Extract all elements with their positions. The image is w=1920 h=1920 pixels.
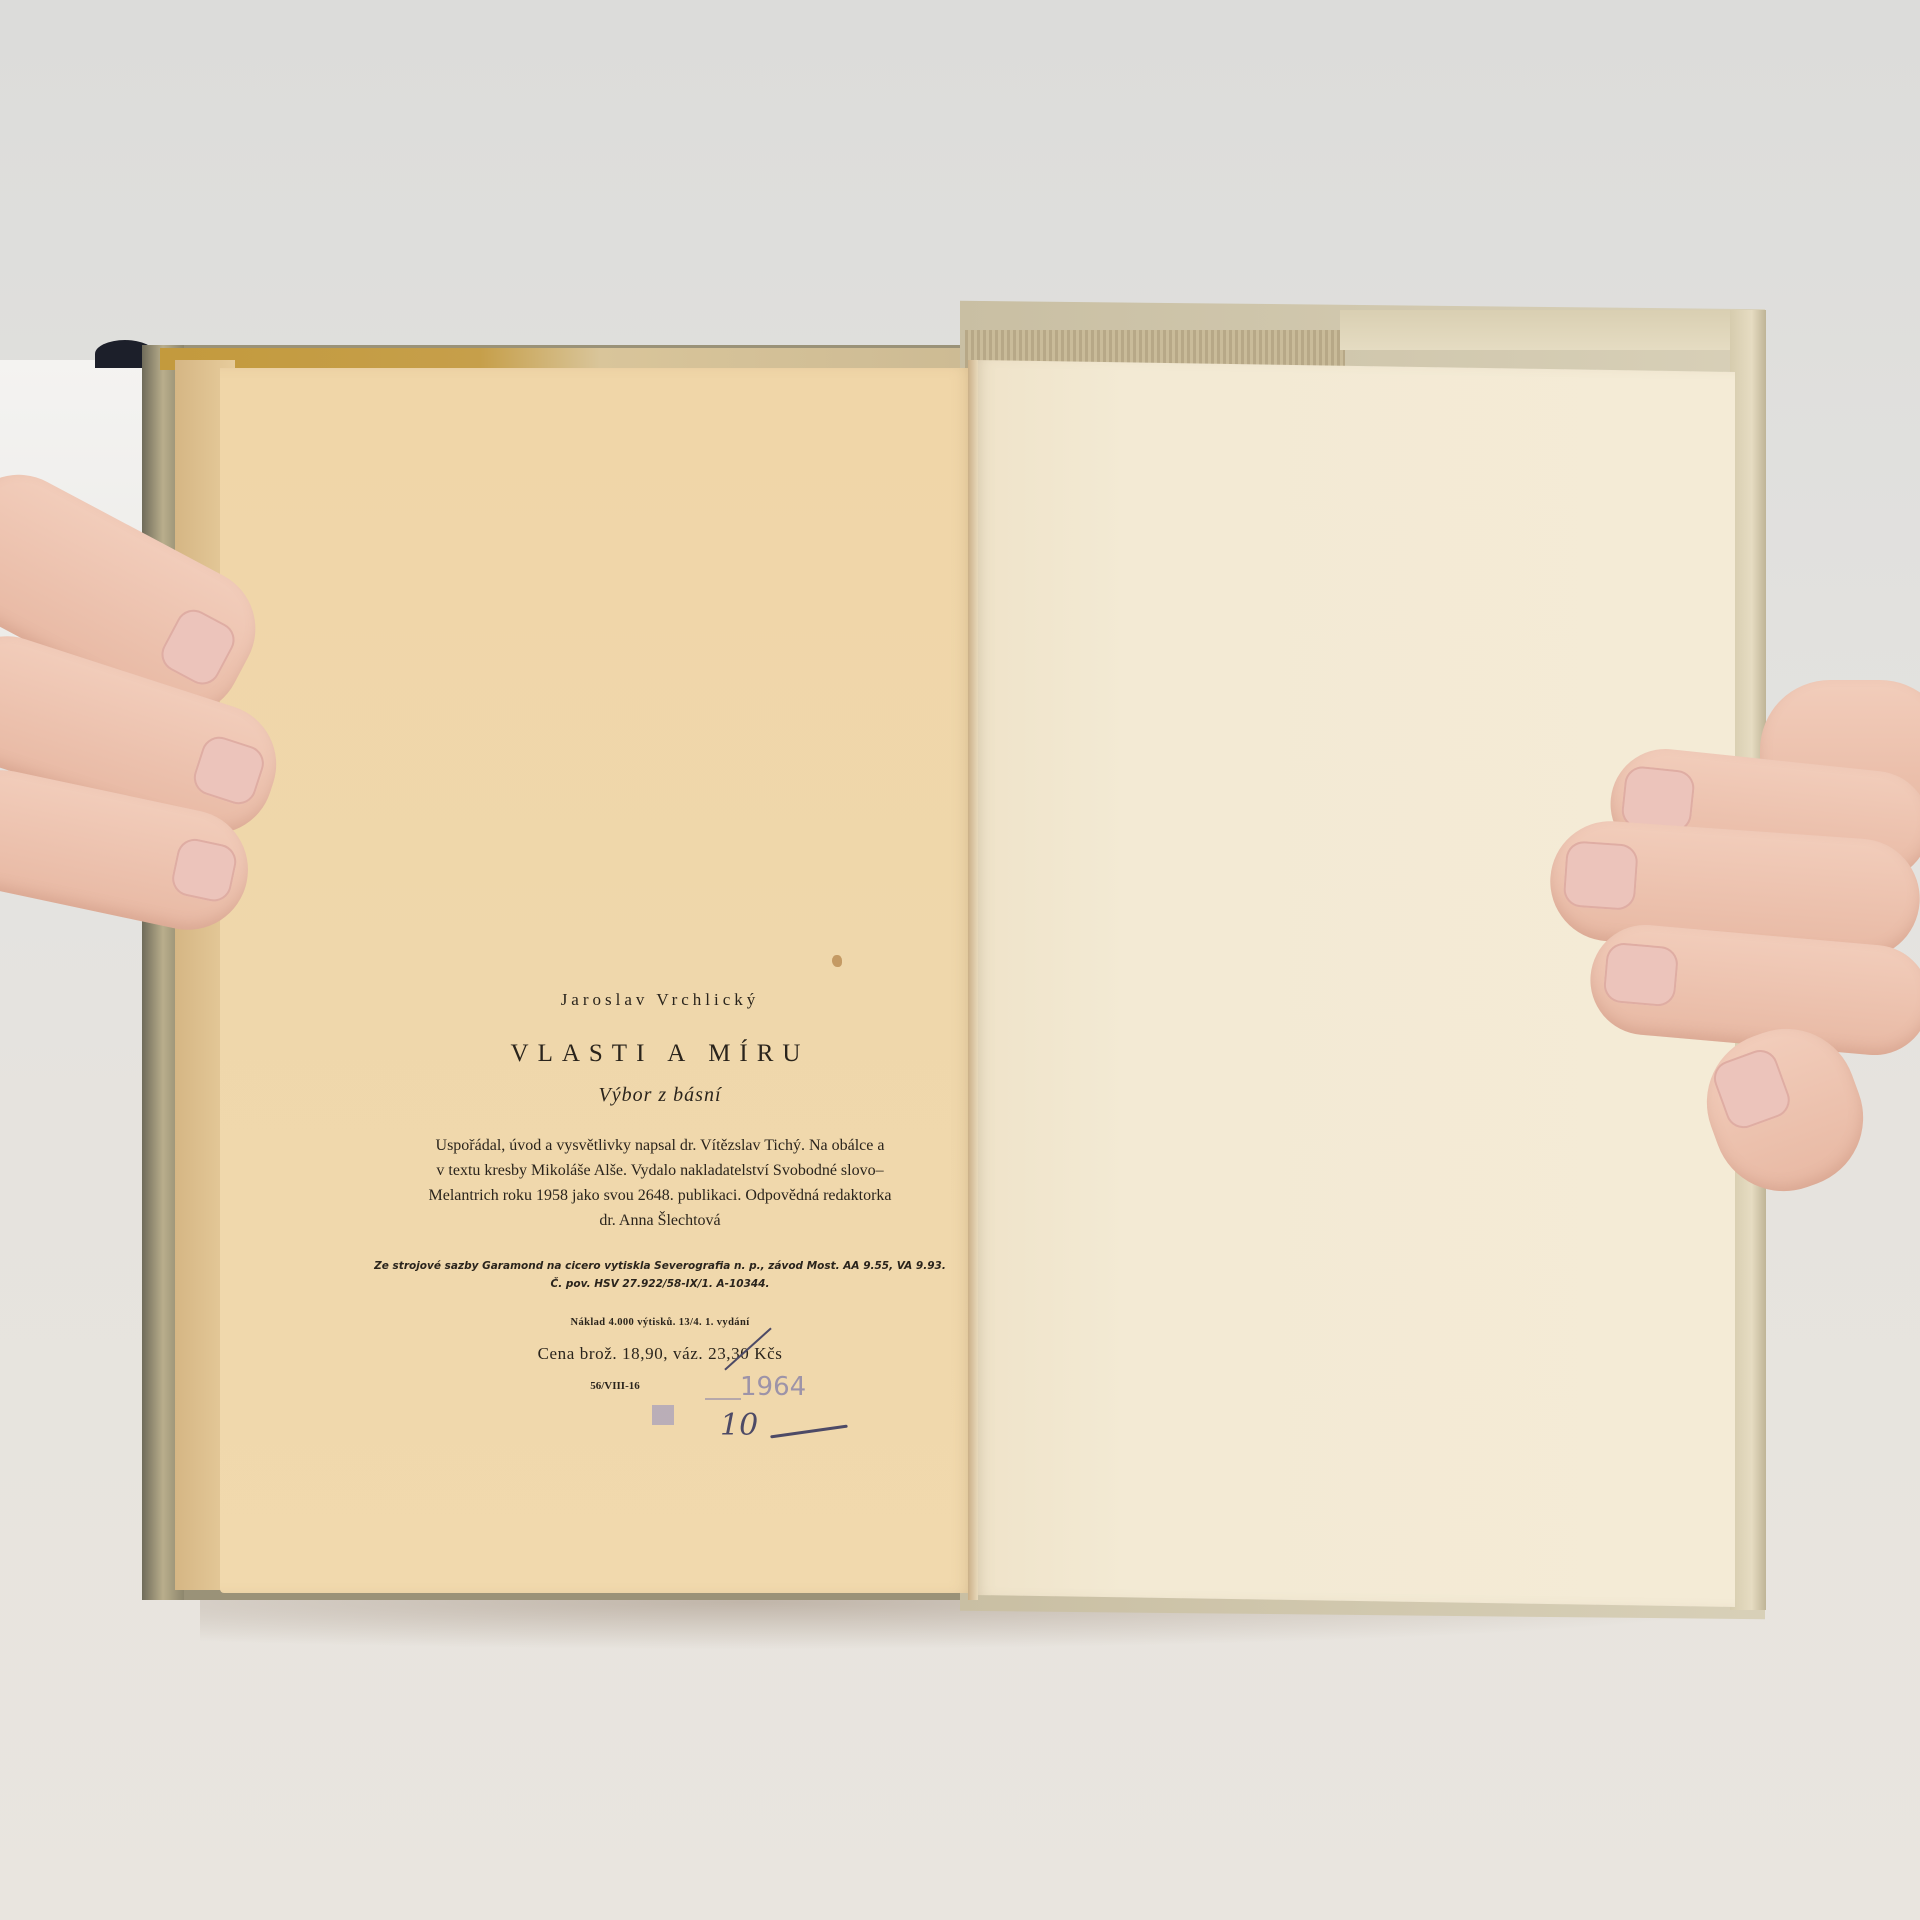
colophon: Uspořádal, úvod a vysvětlivky napsal dr.… [360, 1133, 960, 1233]
book-title: VLASTI A MÍRU [360, 1040, 960, 1068]
printer-info: Ze strojové sazby Garamond na cicero vyt… [360, 1257, 960, 1293]
stamp-year: 1964 [740, 1372, 806, 1402]
fingernail [189, 732, 268, 809]
colophon-line: dr. Anna Šlechtová [360, 1208, 960, 1233]
colophon-line: v textu kresby Mikoláše Alše. Vydalo nak… [360, 1158, 960, 1183]
author-name: Jaroslav Vrchlický [360, 990, 960, 1010]
left-page [220, 368, 975, 1593]
printer-line: Ze strojové sazby Garamond na cicero vyt… [360, 1257, 960, 1275]
book-subtitle: Výbor z básní [360, 1084, 960, 1107]
book-gutter [968, 360, 978, 1600]
colophon-line: Melantrich roku 1958 jako svou 2648. pub… [360, 1183, 960, 1208]
handwritten-note: 10 [720, 1408, 758, 1443]
fingernail [169, 836, 240, 905]
title-page-text: Jaroslav Vrchlický VLASTI A MÍRU Výbor z… [360, 990, 960, 1392]
print-run: Náklad 4.000 výtisků. 13/4. 1. vydání [360, 1317, 960, 1328]
left-hand [0, 520, 280, 1040]
printer-line: Č. pov. HSV 27.922/58-IX/1. A-10344. [360, 1275, 960, 1293]
thumbnail [1709, 1045, 1795, 1133]
page-stain [832, 955, 842, 967]
torn-jacket-strip-right [1340, 310, 1730, 350]
right-hand [1530, 680, 1920, 1200]
fingernail [1602, 942, 1679, 1008]
colophon-line: Uspořádal, úvod a vysvětlivky napsal dr.… [360, 1133, 960, 1158]
fingernail [155, 603, 241, 690]
stamp-mark [652, 1405, 674, 1425]
torn-jacket-strip-left [160, 348, 960, 370]
catalog-code: 56/VIII-16 [270, 1380, 960, 1392]
stamp-tick [705, 1398, 741, 1400]
fingernail [1562, 840, 1638, 911]
price: Cena brož. 18,90, váz. 23,30 Kčs [360, 1344, 960, 1364]
